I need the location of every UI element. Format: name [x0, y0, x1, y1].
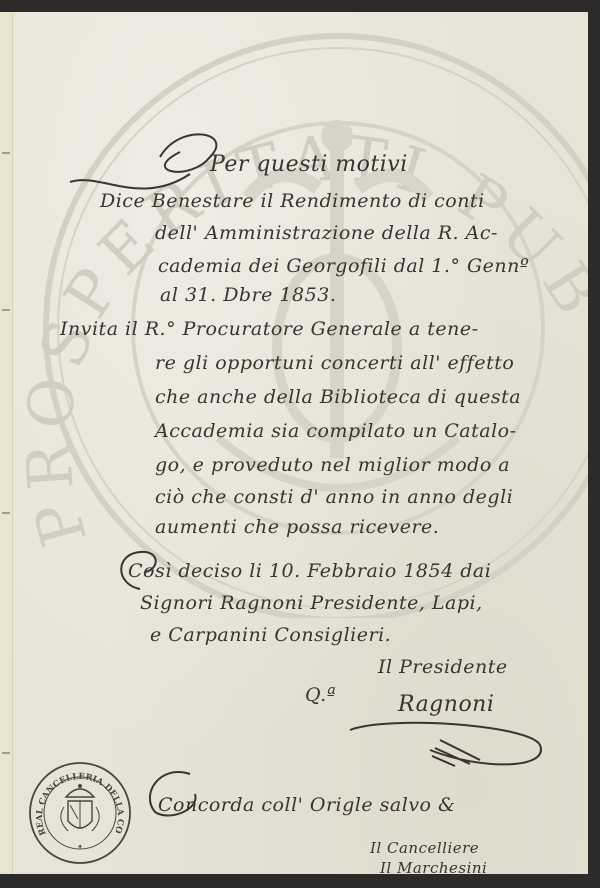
body-line: aumenti che possa ricevere. — [155, 516, 439, 538]
body-line: Dice Benestare il Rendimento di conti — [100, 190, 485, 212]
certification-title: Il Cancelliere — [370, 839, 479, 857]
svg-text:REAL CANCELLERIA DELLA CORTE D: REAL CANCELLERIA DELLA CORTE DEI CONTI — [26, 759, 125, 837]
stamp-seal-icon: REAL CANCELLERIA DELLA CORTE DEI CONTI ✦ — [26, 759, 134, 867]
body-line: dell' Amministrazione della R. Ac- — [155, 222, 498, 244]
body-line: Accademia sia compilato un Catalo- — [155, 420, 517, 442]
body-line: re gli opportuni concerti all' effetto — [155, 352, 514, 374]
margin-mark — [2, 152, 10, 154]
body-line: al 31. Dbre 1853. — [160, 284, 336, 306]
body-line: che anche della Biblioteca di questa — [155, 386, 521, 408]
svg-text:✦: ✦ — [77, 843, 83, 851]
heading-line: Per questi motivi — [210, 152, 408, 177]
certification-line: Concorda coll' Origle salvo & — [158, 794, 455, 816]
margin-mark — [2, 752, 10, 754]
heading-flourish — [60, 112, 230, 202]
decision-line: e Carpanini Consiglieri. — [150, 624, 391, 646]
margin-mark — [2, 512, 10, 514]
signature-initial: Q.ª — [305, 684, 336, 706]
body-line: Invita il R.° Procuratore Generale a ten… — [60, 318, 479, 340]
decision-line: Signori Ragnoni Presidente, Lapi, — [140, 592, 483, 614]
signature-title: Il Presidente — [378, 656, 508, 678]
margin-mark — [2, 309, 10, 311]
body-line: cademia dei Georgofili dal 1.° Gennº — [158, 255, 529, 277]
binding-strip — [0, 12, 13, 874]
decision-line: Così deciso li 10. Febbraio 1854 dai — [128, 560, 491, 582]
chancellery-stamp: REAL CANCELLERIA DELLA CORTE DEI CONTI ✦ — [26, 759, 134, 867]
certification-signature: Il Marchesini — [380, 859, 487, 874]
body-line: ciò che consti d' anno in anno degli — [155, 486, 513, 508]
body-line: go, e proveduto nel miglior modo a — [155, 454, 510, 476]
scan-frame: PROSPERITATI PUBLICA Per questi motivi D… — [0, 0, 600, 888]
signature-flourish — [330, 720, 560, 780]
document-page: PROSPERITATI PUBLICA Per questi motivi D… — [0, 12, 588, 874]
signature-name: Ragnoni — [398, 692, 494, 717]
